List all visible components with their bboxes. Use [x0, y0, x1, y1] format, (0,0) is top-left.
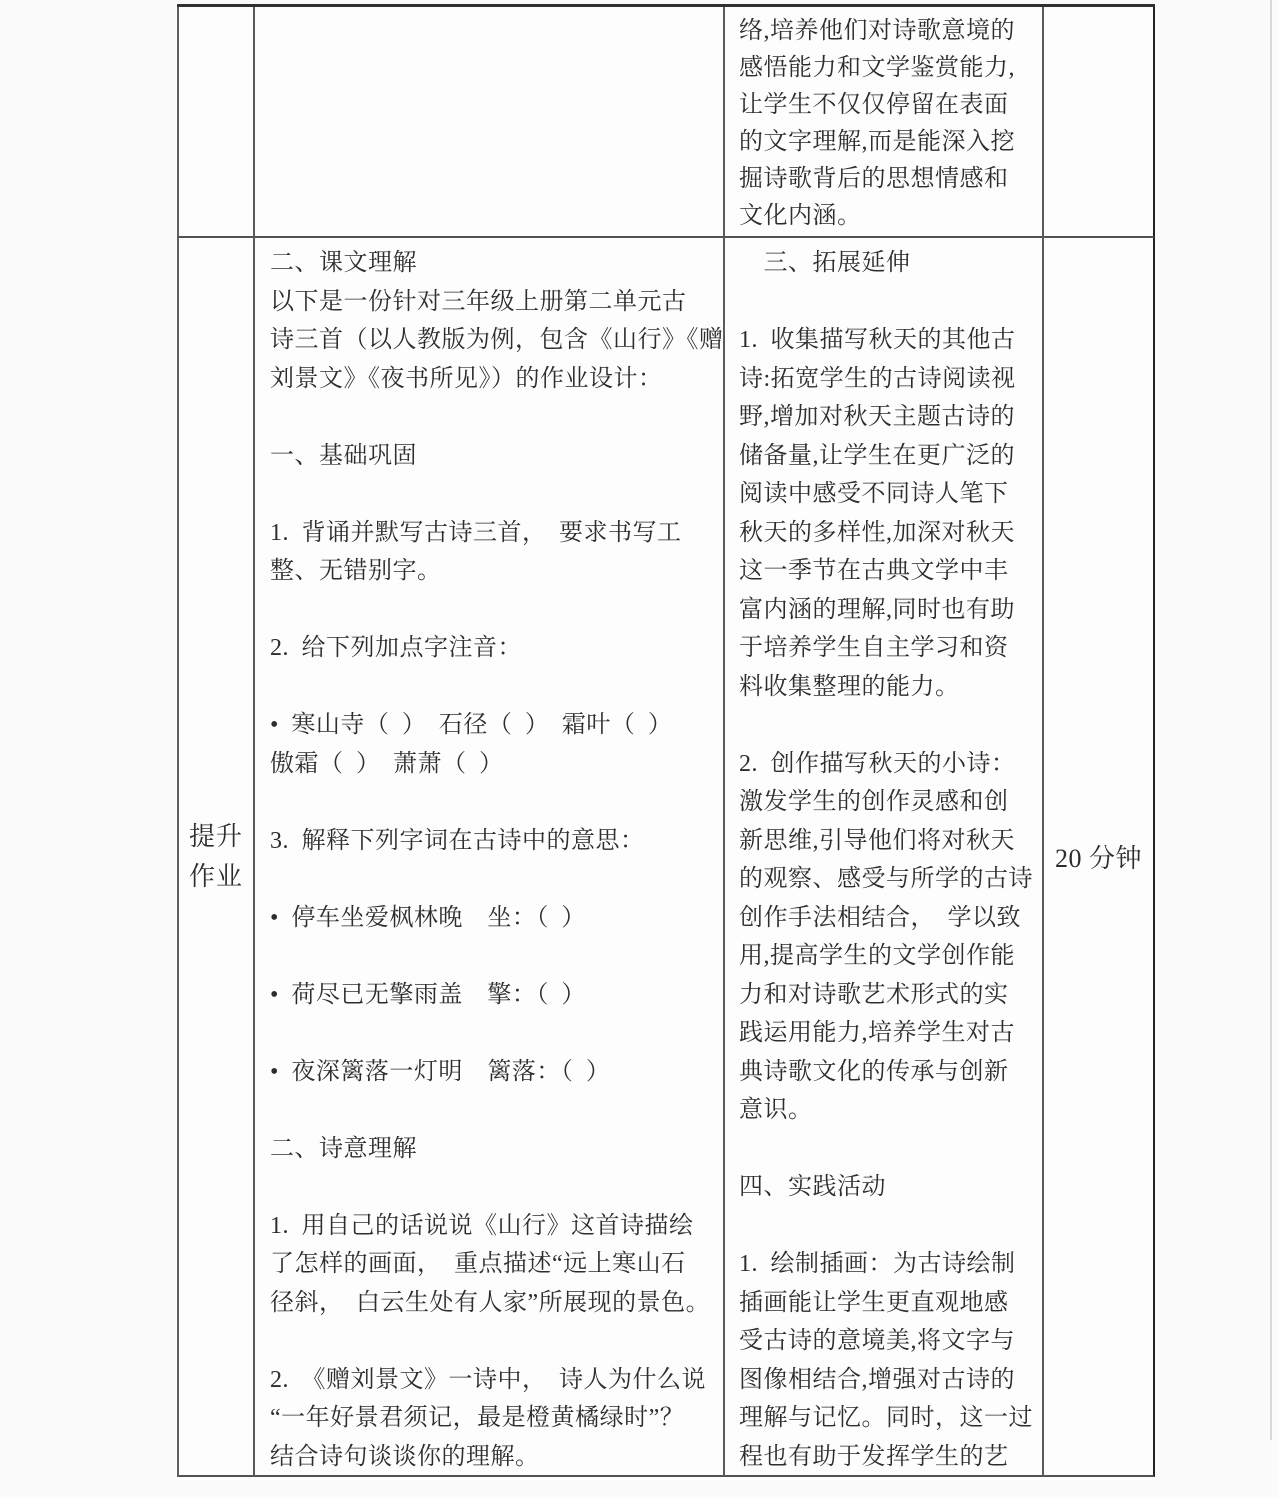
text-line: [739, 1207, 1038, 1246]
text-line: 野,增加对秋天主题古诗的: [739, 398, 1038, 437]
text-line: 创作手法相结合， 学以致: [739, 899, 1038, 938]
text-line: 掘诗歌背后的思想情感和: [739, 161, 1038, 198]
text-line: [739, 283, 1038, 322]
text-line: 作业: [189, 857, 243, 897]
text-line: [270, 937, 719, 976]
text-line: 1. 背诵并默写古诗三首， 要求书写工: [270, 514, 719, 553]
text-line: 插画能让学生更直观地感: [739, 1284, 1038, 1323]
text-line: 践运用能力,培养学生对古: [739, 1014, 1038, 1053]
text-line: 2. 创作描写秋天的小诗：: [739, 745, 1038, 784]
text-line: 3. 解释下列字词在古诗中的意思：: [270, 822, 719, 861]
lesson-plan-table: 络,培养他们对诗歌意境的感悟能力和文学鉴赏能力,让学生不仅仅停留在表面的文字理解…: [177, 4, 1155, 1480]
text-line: 结合诗句谈谈你的理解。: [270, 1438, 719, 1477]
text-line: [270, 860, 719, 899]
text-line: • 荷尽已无擎雨盖 擎：（ ）: [270, 976, 719, 1015]
text-line: 络,培养他们对诗歌意境的: [739, 13, 1038, 50]
text-line: 二、诗意理解: [270, 1130, 719, 1169]
text-line: • 夜深篱落一灯明 篱落：（ ）: [270, 1053, 719, 1092]
empty-time-cell-row1: [1044, 7, 1155, 238]
text-line: 理解与记忆。同时，这一过: [739, 1399, 1038, 1438]
text-line: 1. 绘制插画：为古诗绘制: [739, 1245, 1038, 1284]
text-line: [270, 398, 719, 437]
assignment-type-cell: 提升作业: [177, 238, 255, 1477]
teaching-objective-continuation-cell: 络,培养他们对诗歌意境的感悟能力和文学鉴赏能力,让学生不仅仅停留在表面的文字理解…: [725, 7, 1044, 238]
text-line: 2. 《赠刘景文》一诗中， 诗人为什么说: [270, 1361, 719, 1400]
text-line: 程也有助于发挥学生的艺: [739, 1438, 1038, 1477]
empty-main-cell-row1: [255, 7, 725, 238]
text-line: 1. 用自己的话说说《山行》这首诗描绘: [270, 1207, 719, 1246]
text-line: 富内涵的理解,同时也有助: [739, 591, 1038, 630]
homework-design-cell: 二、课文理解以下是一份针对三年级上册第二单元古诗三首（以人教版为例，包含《山行》…: [255, 238, 725, 1477]
duration-cell: 20 分钟: [1044, 238, 1155, 1477]
text-line: 典诗歌文化的传承与创新: [739, 1053, 1038, 1092]
text-line: 傲霜（ ） 萧萧（ ）: [270, 745, 719, 784]
text-line: 整、无错别字。: [270, 552, 719, 591]
text-line: 受古诗的意境美,将文字与: [739, 1322, 1038, 1361]
text-line: [270, 591, 719, 630]
text-line: [270, 1322, 719, 1361]
text-line: 三、拓展延伸: [739, 244, 1038, 283]
text-line: 秋天的多样性,加深对秋天: [739, 514, 1038, 553]
text-line: 的文字理解,而是能深入挖: [739, 124, 1038, 161]
text-line: 力和对诗歌艺术形式的实: [739, 976, 1038, 1015]
text-line: 这一季节在古典文学中丰: [739, 552, 1038, 591]
text-line: 料收集整理的能力。: [739, 668, 1038, 707]
text-line: 1. 收集描写秋天的其他古: [739, 321, 1038, 360]
text-line: [270, 1168, 719, 1207]
text-line: 新思维,引导他们将对秋天: [739, 822, 1038, 861]
text-line: 诗三首（以人教版为例，包含《山行》《赠: [270, 321, 719, 360]
text-line: [270, 1091, 719, 1130]
text-line: 径斜， 白云生处有人家”所展现的景色。: [270, 1284, 719, 1323]
text-line: 二、课文理解: [270, 244, 719, 283]
text-line: 的观察、感受与所学的古诗: [739, 860, 1038, 899]
text-line: [270, 668, 719, 707]
text-line: [270, 1014, 719, 1053]
text-line: “一年好景君须记，最是橙黄橘绿时”？: [270, 1399, 719, 1438]
text-line: 图像相结合,增强对古诗的: [739, 1361, 1038, 1400]
text-line: 四、实践活动: [739, 1168, 1038, 1207]
text-line: 于培养学生自主学习和资: [739, 629, 1038, 668]
text-line: 意识。: [739, 1091, 1038, 1130]
text-line: 以下是一份针对三年级上册第二单元古: [270, 283, 719, 322]
extension-activities-cell: 三、拓展延伸1. 收集描写秋天的其他古诗:拓宽学生的古诗阅读视野,增加对秋天主题…: [725, 238, 1044, 1477]
text-line: 感悟能力和文学鉴赏能力,: [739, 50, 1038, 87]
text-line: • 停车坐爱枫林晚 坐：（ ）: [270, 899, 719, 938]
text-line: 了怎样的画面， 重点描述“远上寒山石: [270, 1245, 719, 1284]
text-line: [270, 475, 719, 514]
text-line: 一、基础巩固: [270, 437, 719, 476]
text-line: [739, 1130, 1038, 1169]
duration-text: 20 分钟: [1055, 838, 1142, 875]
text-line: 阅读中感受不同诗人笔下: [739, 475, 1038, 514]
text-line: 用,提高学生的文学创作能: [739, 937, 1038, 976]
scanned-lesson-plan-page: { "table": { "row1": { "right_lines": [ …: [0, 0, 1279, 1498]
empty-label-cell-row1: [177, 7, 255, 238]
text-line: 刘景文》《夜书所见》）的作业设计：: [270, 360, 719, 399]
text-line: 储备量,让学生在更广泛的: [739, 437, 1038, 476]
text-line: 让学生不仅仅停留在表面: [739, 87, 1038, 124]
text-line: 诗:拓宽学生的古诗阅读视: [739, 360, 1038, 399]
text-line: 提升: [189, 817, 243, 857]
text-line: 激发学生的创作灵感和创: [739, 783, 1038, 822]
text-line: 2. 给下列加点字注音：: [270, 629, 719, 668]
text-line: 文化内涵。: [739, 198, 1038, 235]
text-line: • 寒山寺（ ） 石径（ ） 霜叶（ ）: [270, 706, 719, 745]
text-line: [739, 706, 1038, 745]
page-edge-line: [1270, 0, 1272, 1440]
text-line: [270, 783, 719, 822]
